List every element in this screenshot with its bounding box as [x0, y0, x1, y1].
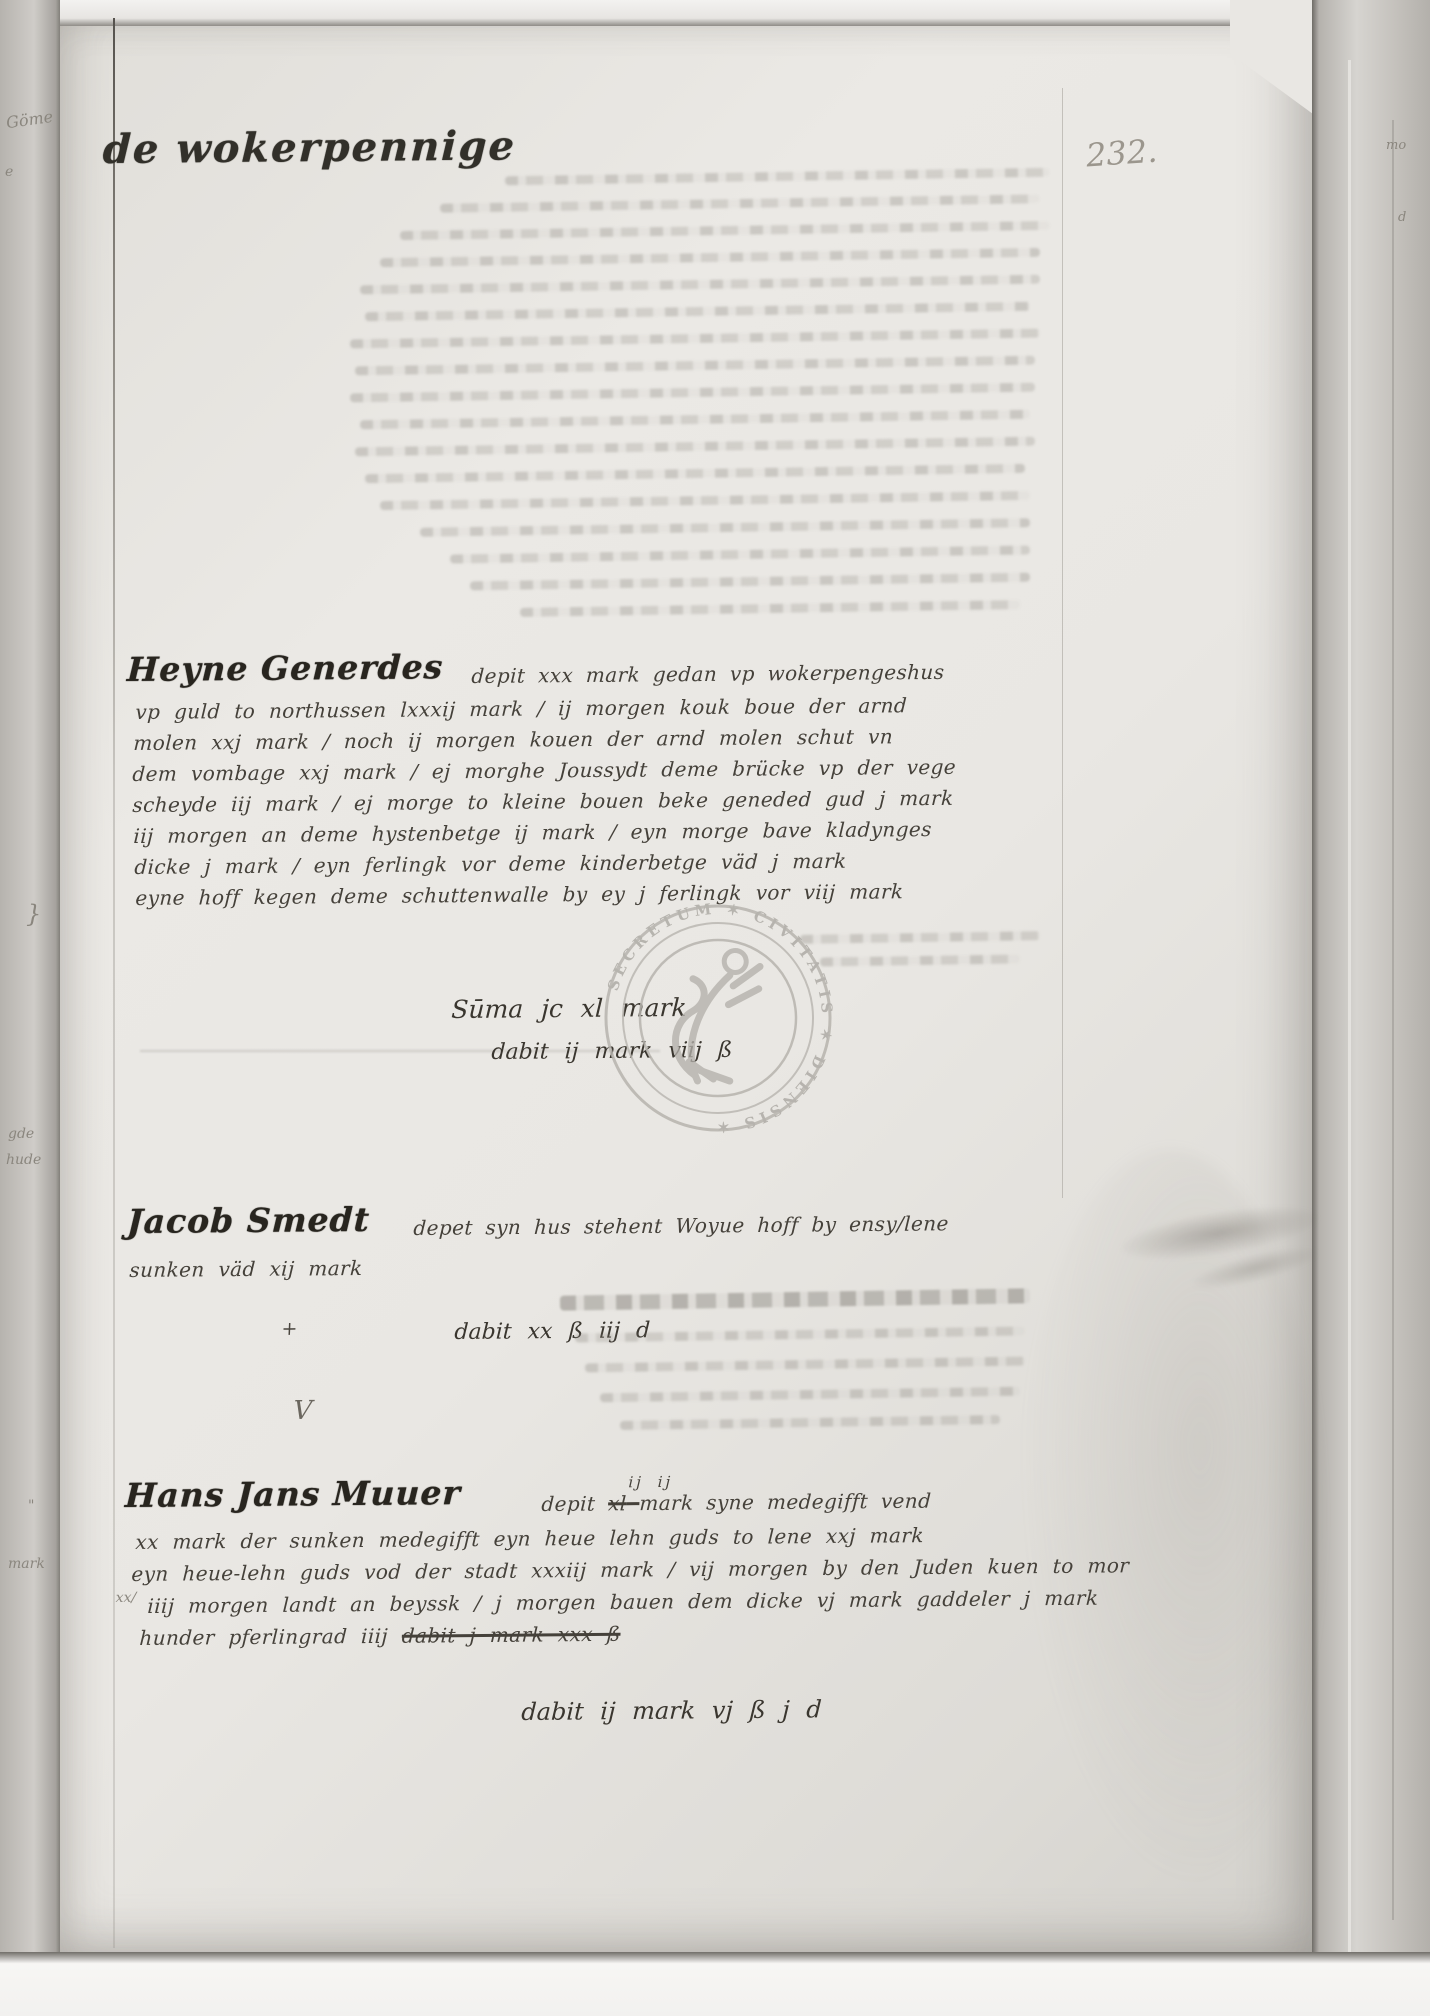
margin-fragment: e [5, 164, 13, 180]
margin-fragment: } [26, 900, 41, 928]
svg-text:SECRETUM ✶ CIVITATIS ✶ DIENSIS: SECRETUM ✶ CIVITATIS ✶ DIENSIS ✶ [595, 890, 850, 1149]
entry-opening: depet syn hus stehent Woyue hoff by ensy… [413, 1211, 949, 1240]
city-seal: SECRETUM ✶ CIVITATIS ✶ DIENSIS ✶ [590, 890, 850, 1150]
margin-fragment: hude [6, 1152, 41, 1168]
page-fold-line [1392, 120, 1394, 1920]
struck-dabit: dabit j mark xxx ß [401, 1622, 621, 1648]
stray-mark: V [293, 1396, 313, 1426]
margin-fragment: " [28, 1498, 34, 1514]
lion-figure [665, 948, 773, 1087]
column-ruling-line [1062, 88, 1063, 1198]
margin-fragment: d [1398, 210, 1406, 225]
margin-fragment: mark [8, 1556, 45, 1572]
bottom-sheet-edge [0, 1952, 1430, 2016]
seal-outer-ring [593, 893, 843, 1143]
page-fold-line [1348, 60, 1351, 1960]
superscript-correction: ij ij [628, 1473, 673, 1491]
top-sheet-edge [60, 0, 1240, 26]
entry-name: Hans Jans Muuer [124, 1473, 461, 1515]
dabit-line: dabit ij mark vj ß j d [521, 1695, 823, 1726]
next-page-edge [1312, 0, 1430, 2016]
margin-fragment: gde [8, 1126, 34, 1142]
struck-word: xl [608, 1491, 640, 1515]
margin-fragment: mo [1386, 138, 1406, 153]
entry-opening: depit xxx mark gedan vp wokerpengeshus [471, 660, 945, 688]
margin-mark: + [281, 1318, 298, 1340]
line-prefix: hunder pferlingrad iiij [139, 1624, 389, 1650]
page-heading: de wokerpennige [102, 122, 517, 173]
margin-fragment: xx/ [115, 1590, 136, 1606]
entry-line: hunder pferlingrad iiij dabit j mark xxx… [139, 1622, 621, 1650]
folio-number: 232. [1085, 132, 1159, 175]
entry-line: sunken väd xij mark [129, 1256, 363, 1282]
entry-name: Heyne Generdes [126, 647, 444, 689]
previous-page-edge [0, 0, 62, 2016]
opening-rest: mark syne medegifft vend [639, 1489, 932, 1516]
margin-ruling-line [113, 18, 115, 1948]
entry-opening: depit xl ij ij mark syne medegifft vend [541, 1489, 932, 1516]
seal-rim-text: SECRETUM ✶ CIVITATIS ✶ DIENSIS ✶ [595, 890, 850, 1149]
opening-prefix: depit [541, 1492, 596, 1516]
entry-name: Jacob Smedt [126, 1200, 371, 1241]
